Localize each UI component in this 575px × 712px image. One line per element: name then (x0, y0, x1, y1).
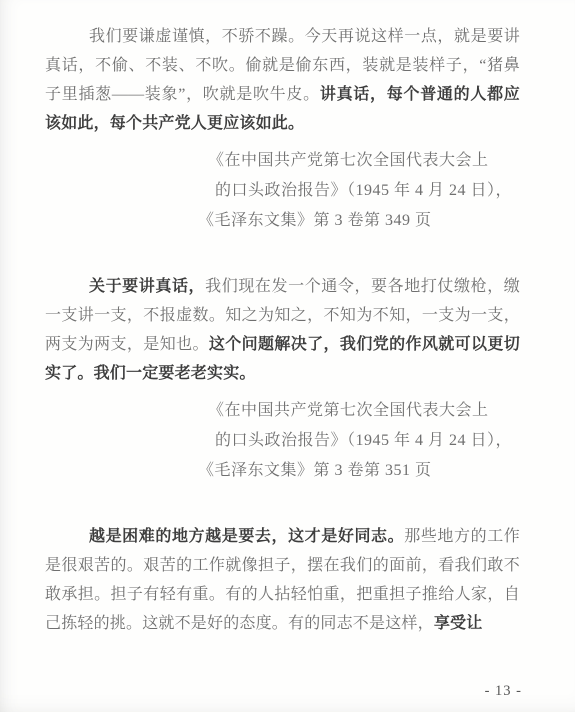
body-paragraph: 关于要讲真话，我们现在发一个通令，要各地打仗缴枪，缴一支讲一支，不报虚数。知之为… (45, 272, 520, 388)
emphasis-text: 关于要讲真话， (89, 278, 205, 295)
body-paragraph: 越是困难的地方越是要去，这才是好同志。那些地方的工作是很艰苦的。艰苦的工作就像担… (45, 522, 520, 638)
citation-line: 《毛泽东文集》第 3 卷第 349 页 (198, 206, 520, 236)
emphasis-text: 享受让 (434, 615, 483, 632)
citation-line: 《毛泽东文集》第 3 卷第 351 页 (198, 456, 520, 486)
emphasis-text: 越是困难的地方越是要去，这才是好同志。 (89, 528, 404, 545)
citation-block: 《在中国共产党第七次全国代表大会上的口头政治报告》（1945 年 4 月 24 … (45, 146, 520, 236)
citation-block: 《在中国共产党第七次全国代表大会上的口头政治报告》（1945 年 4 月 24 … (45, 396, 520, 486)
document-page: 我们要谦虚谨慎，不骄不躁。今天再说这样一点，就是要讲真话，不偷、不装、不吹。偷就… (0, 0, 575, 712)
page-number: - 13 - (485, 681, 522, 701)
body-paragraph: 我们要谦虚谨慎，不骄不躁。今天再说这样一点，就是要讲真话，不偷、不装、不吹。偷就… (45, 22, 520, 138)
citation-line: 《在中国共产党第七次全国代表大会上 (208, 146, 520, 176)
citation-line: 的口头政治报告》（1945 年 4 月 24 日）， (215, 426, 520, 456)
citation-line: 《在中国共产党第七次全国代表大会上 (208, 396, 520, 426)
citation-line: 的口头政治报告》（1945 年 4 月 24 日）， (215, 176, 520, 206)
page-content: 我们要谦虚谨慎，不骄不躁。今天再说这样一点，就是要讲真话，不偷、不装、不吹。偷就… (0, 0, 575, 638)
